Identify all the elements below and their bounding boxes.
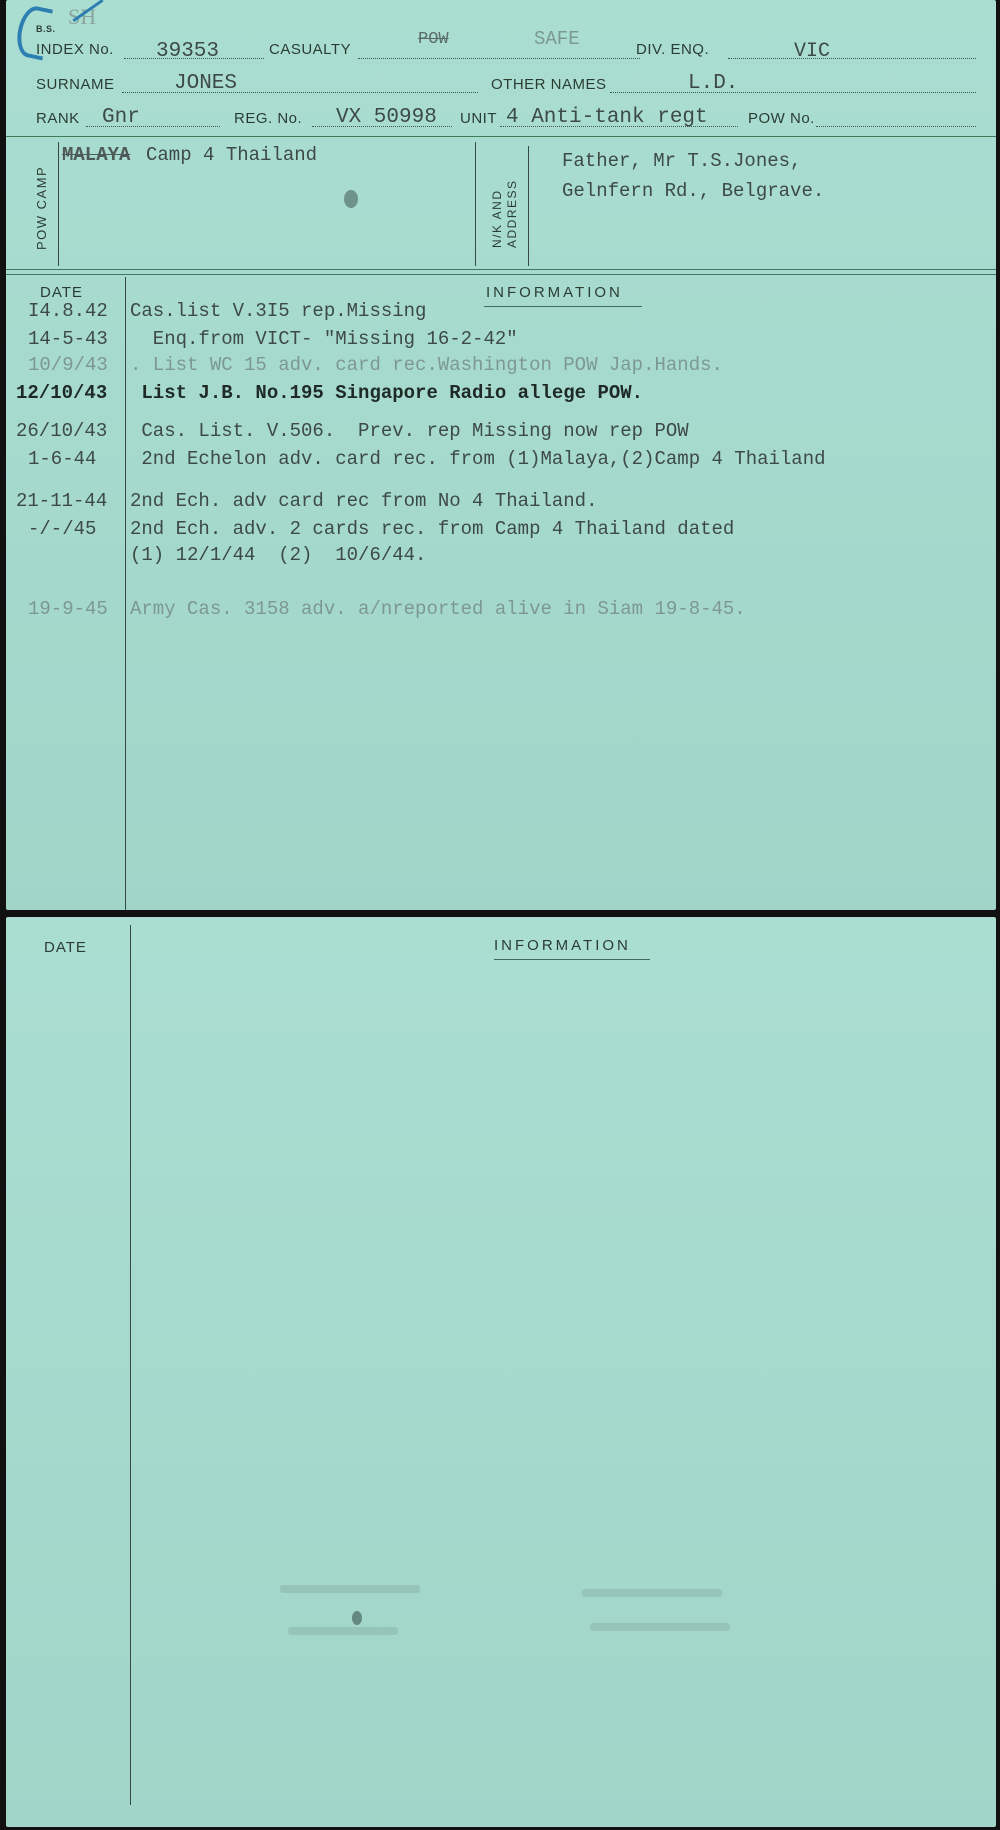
row-date: 14-5-43	[28, 328, 108, 350]
row-information: . List WC 15 adv. card rec.Washington PO…	[130, 354, 723, 376]
nok-address-line1: Father, Mr T.S.Jones,	[562, 150, 801, 172]
nok-address-line2: Gelnfern Rd., Belgrave.	[562, 180, 824, 202]
bleed-through-mark	[590, 1623, 730, 1631]
back-date-column-divider	[130, 925, 131, 1805]
separator-double-1	[6, 269, 996, 270]
row-information: 2nd Echelon adv. card rec. from (1)Malay…	[130, 448, 826, 470]
surname-label: SURNAME	[36, 76, 115, 93]
bleed-through-mark	[288, 1627, 398, 1635]
back-information-header-underline	[494, 959, 650, 960]
card-back: DATE INFORMATION	[6, 917, 996, 1827]
row-date: 10/9/43	[28, 354, 108, 376]
pow-camp-value: Camp 4 Thailand	[146, 144, 317, 166]
bleed-through-mark	[582, 1589, 722, 1597]
bleed-through-mark	[280, 1585, 420, 1593]
rank-value: Gnr	[102, 106, 140, 129]
information-header: INFORMATION	[486, 284, 623, 301]
row-information: 2nd Ech. adv. 2 cards rec. from Camp 4 T…	[130, 518, 734, 540]
nok-divider-left	[475, 142, 476, 266]
nok-label-line1: N/K AND	[490, 179, 505, 248]
nok-label-line2: ADDRESS	[505, 179, 520, 248]
other-names-label: OTHER NAMES	[491, 76, 607, 93]
rank-label: RANK	[36, 110, 80, 127]
row-date: 19-9-45	[28, 598, 108, 620]
unit-label: UNIT	[460, 110, 497, 127]
pow-no-label: POW No.	[748, 110, 815, 127]
separator-double-2	[6, 274, 996, 275]
ink-smudge	[344, 190, 358, 208]
surname-value: JONES	[174, 72, 237, 95]
card-front: B.S. SH INDEX No. 39353 CASUALTY POW SAF…	[6, 0, 996, 910]
date-column-divider	[125, 277, 126, 910]
index-no-value: 39353	[156, 40, 219, 63]
div-enq-label: DIV. ENQ.	[636, 41, 709, 58]
ink-smudge	[352, 1611, 362, 1625]
casualty-value: SAFE	[534, 28, 580, 50]
reg-no-label: REG. No.	[234, 110, 302, 127]
pow-camp-divider	[58, 142, 59, 266]
separator-top	[6, 136, 996, 137]
row-information: List J.B. No.195 Singapore Radio allege …	[130, 382, 643, 404]
index-no-label: INDEX No.	[36, 41, 114, 58]
row-date: I4.8.42	[28, 300, 108, 322]
casualty-label: CASUALTY	[269, 41, 351, 58]
reg-no-value: VX 50998	[336, 106, 437, 129]
div-enq-value: VIC	[794, 40, 830, 63]
nok-address-label: N/K AND ADDRESS	[490, 179, 520, 248]
row-information: 2nd Ech. adv card rec from No 4 Thailand…	[130, 490, 597, 512]
other-names-value: L.D.	[688, 72, 738, 95]
row-date: -/-/45	[28, 518, 96, 540]
information-header-underline	[484, 306, 642, 307]
pow-camp-label: POW CAMP	[34, 166, 49, 250]
row-information: Cas.list V.3I5 rep.Missing	[130, 300, 426, 322]
back-information-header: INFORMATION	[494, 937, 631, 954]
row-information: (1) 12/1/44 (2) 10/6/44.	[130, 544, 426, 566]
back-date-header: DATE	[44, 939, 87, 956]
row-date: 21-11-44	[16, 490, 107, 512]
date-header: DATE	[40, 284, 83, 301]
row-date: 1-6-44	[28, 448, 96, 470]
row-date: 26/10/43	[16, 420, 107, 442]
row-information: Cas. List. V.506. Prev. rep Missing now …	[130, 420, 689, 442]
row-information: Enq.from VICT- "Missing 16-2-42"	[130, 328, 518, 350]
nok-divider-right	[528, 146, 529, 266]
bs-code: B.S.	[36, 24, 56, 34]
row-date: 12/10/43	[16, 382, 107, 404]
unit-value: 4 Anti-tank regt	[506, 106, 708, 129]
row-information: Army Cas. 3158 adv. a/nreported alive in…	[130, 598, 746, 620]
casualty-struck-value: POW	[418, 30, 449, 49]
pow-camp-struck-value: MALAYA	[62, 144, 130, 166]
